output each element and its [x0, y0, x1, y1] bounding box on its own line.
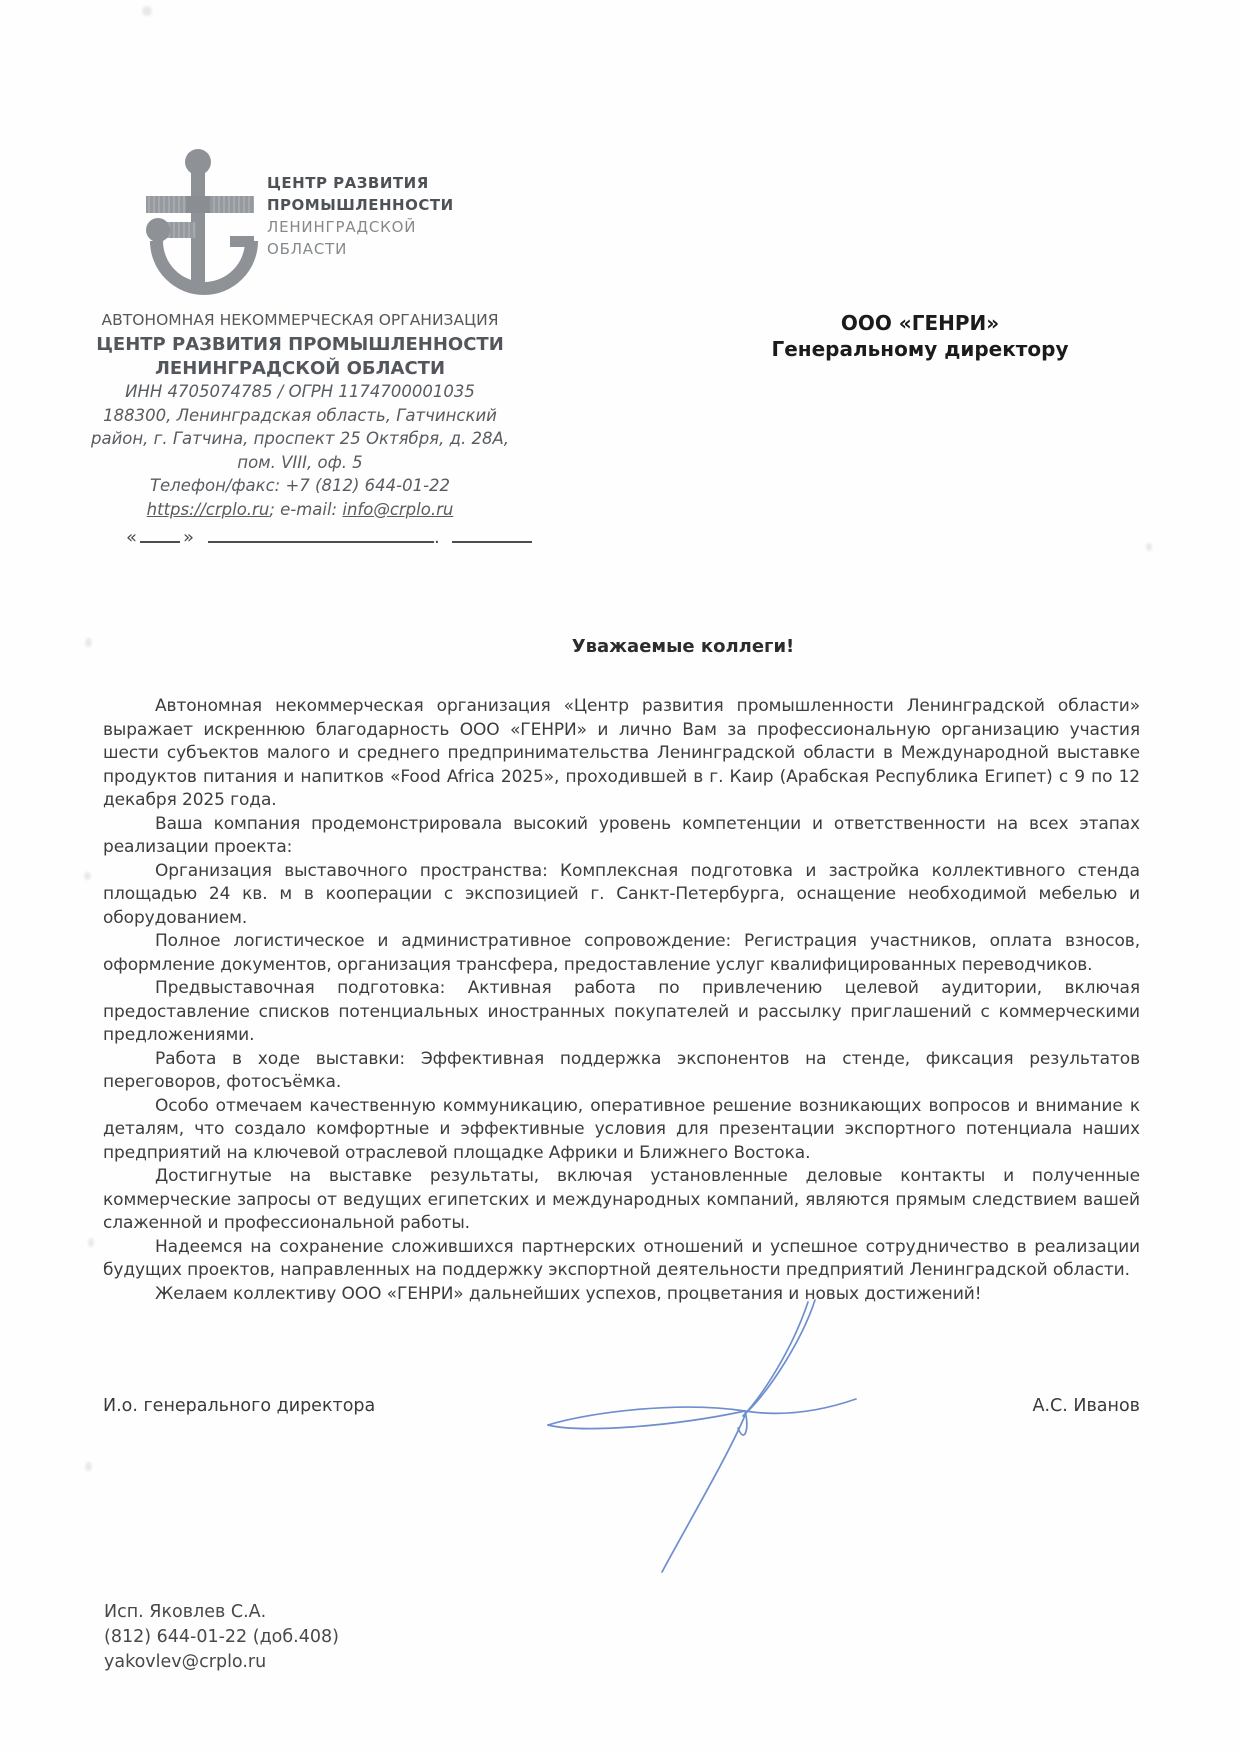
signer-position: И.о. генерального директора — [103, 1396, 375, 1416]
scan-artifact — [88, 1238, 94, 1247]
recipient-title: Генеральному директору — [690, 336, 1150, 362]
scan-artifact — [1146, 543, 1152, 551]
org-address-line1: 188300, Ленинградская область, Гатчински… — [65, 404, 535, 428]
logo-text-line: ПРОМЫШЛЕННОСТИ — [267, 194, 454, 216]
org-name-line1: ЦЕНТР РАЗВИТИЯ ПРОМЫШЛЕННОСТИ — [65, 333, 535, 357]
logo-text-line: ОБЛАСТИ — [267, 238, 454, 260]
logo-text-line: ЦЕНТР РАЗВИТИЯ — [267, 172, 454, 194]
logo-text-line: ЛЕНИНГРАДСКОЙ — [267, 216, 454, 238]
anchor-logo-icon — [138, 148, 260, 295]
org-contacts: https://crplo.ru; e-mail: info@crplo.ru — [65, 498, 535, 522]
paragraph: Предвыставочная подготовка: Активная раб… — [103, 977, 1140, 1048]
scan-artifact — [85, 638, 92, 647]
paragraph: Работа в ходе выставки: Эффективная подд… — [103, 1048, 1140, 1095]
paragraph: Особо отмечаем качественную коммуникацию… — [103, 1095, 1140, 1166]
org-address-line3: пом. VIII, оф. 5 — [65, 451, 535, 475]
executor-footer: Исп. Яковлев С.А. (812) 644-01-22 (доб.4… — [104, 1600, 339, 1675]
executor-name: Исп. Яковлев С.А. — [104, 1600, 339, 1625]
paragraph: Полное логистическое и административное … — [103, 930, 1140, 977]
paragraph: Автономная некоммерческая организация «Ц… — [103, 695, 1140, 813]
contact-separator: ; e-mail: — [269, 500, 342, 519]
org-inn-ogrn: ИНН 4705074785 / ОГРН 1174700001035 — [65, 380, 535, 404]
date-line: «». — [126, 527, 532, 548]
date-day-blank — [140, 527, 180, 543]
date-dot: . — [434, 527, 440, 548]
paragraph: Организация выставочного пространства: К… — [103, 860, 1140, 931]
paragraph: Ваша компания продемонстрировала высокий… — [103, 813, 1140, 860]
email-link[interactable]: info@crplo.ru — [342, 500, 453, 519]
executor-email: yakovlev@crplo.ru — [104, 1650, 339, 1675]
date-month-blank — [208, 527, 434, 543]
org-name-line2: ЛЕНИНГРАДСКОЙ ОБЛАСТИ — [65, 357, 535, 381]
executor-phone: (812) 644-01-22 (доб.408) — [104, 1625, 339, 1650]
scan-artifact — [84, 872, 91, 880]
recipient-block: ООО «ГЕНРИ» Генеральному директору — [690, 310, 1150, 362]
website-link[interactable]: https://crplo.ru — [147, 500, 270, 519]
close-quote: » — [183, 527, 194, 548]
letterhead-org-block: АВТОНОМНАЯ НЕКОММЕРЧЕСКАЯ ОРГАНИЗАЦИЯ ЦЕ… — [65, 309, 535, 521]
letter-body: Автономная некоммерческая организация «Ц… — [103, 695, 1140, 1306]
recipient-company: ООО «ГЕНРИ» — [690, 310, 1150, 336]
salutation: Уважаемые коллеги! — [572, 636, 795, 657]
doc-number-blank — [452, 527, 532, 543]
paragraph: Надеемся на сохранение сложившихся партн… — [103, 1236, 1140, 1283]
org-phone: Телефон/факс: +7 (812) 644-01-22 — [65, 474, 535, 498]
paragraph: Достигнутые на выставке результаты, вклю… — [103, 1165, 1140, 1236]
org-address-line2: район, г. Гатчина, проспект 25 Октября, … — [65, 427, 535, 451]
scan-artifact — [142, 6, 152, 16]
open-quote: « — [126, 527, 137, 548]
logo-wordmark: ЦЕНТР РАЗВИТИЯ ПРОМЫШЛЕННОСТИ ЛЕНИНГРАДС… — [267, 172, 454, 260]
scan-artifact — [85, 1462, 92, 1471]
org-type: АВТОНОМНАЯ НЕКОММЕРЧЕСКАЯ ОРГАНИЗАЦИЯ — [65, 309, 535, 332]
letter-page: ЦЕНТР РАЗВИТИЯ ПРОМЫШЛЕННОСТИ ЛЕНИНГРАДС… — [0, 0, 1240, 1753]
signature-scribble — [440, 1280, 900, 1600]
signer-name: А.С. Иванов — [1033, 1396, 1140, 1416]
